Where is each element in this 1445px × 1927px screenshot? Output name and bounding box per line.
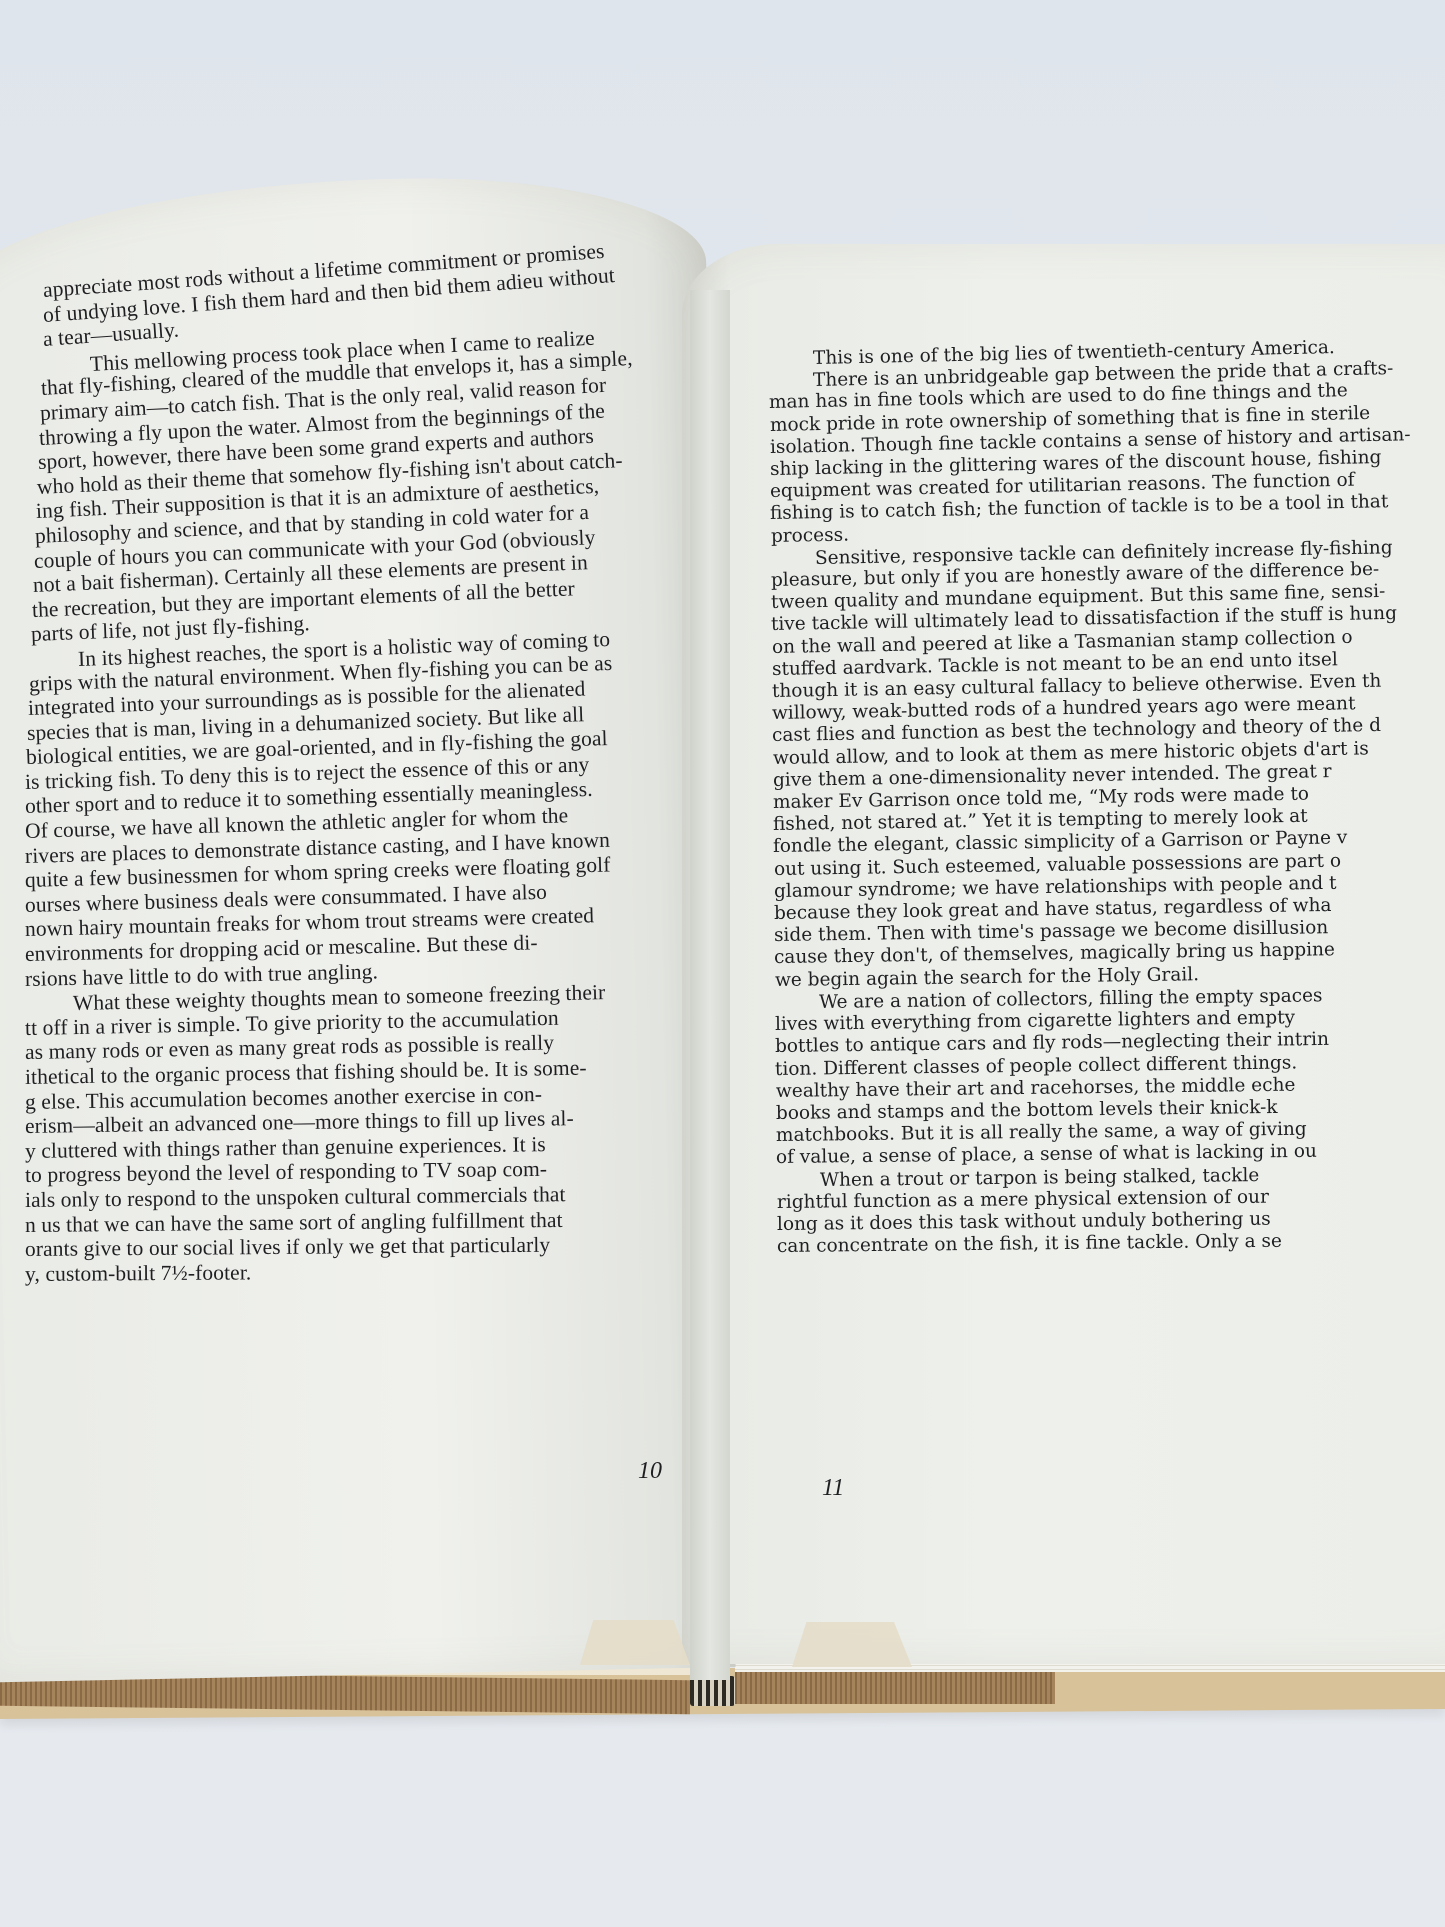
page-stain-right <box>792 1622 912 1667</box>
spine-stitching <box>690 1676 735 1706</box>
headband-right <box>735 1668 1055 1704</box>
photo-scene: appreciate most rods without a lifetime … <box>0 0 1445 1927</box>
book-gutter <box>690 290 730 1680</box>
text-line: y, custom-built 7½-footer. <box>25 1257 665 1286</box>
right-page-text: This is one of the big lies of twentieth… <box>775 348 1445 1258</box>
left-page-text: appreciate most rods without a lifetime … <box>25 278 665 1286</box>
page-stain-left <box>580 1620 690 1665</box>
page-number-right: 11 <box>822 1475 844 1502</box>
page-number-left: 10 <box>638 1458 662 1485</box>
